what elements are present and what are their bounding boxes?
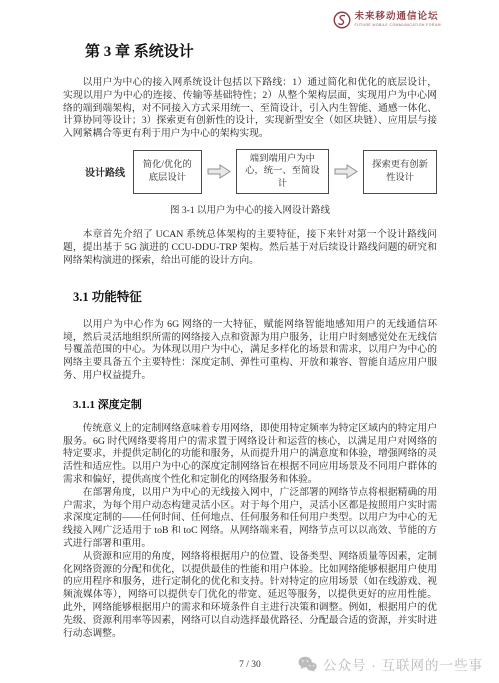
watermark-text: 公众号 · 互联网的一些事 bbox=[323, 654, 483, 674]
document-content: 第 3 章 系统设计 以用户为中心的接入网系统设计包括以下路线：1）通过简化和优… bbox=[0, 0, 499, 670]
right-arrow-icon bbox=[207, 164, 231, 179]
section-3-1-paragraph: 以用户为中心作为 6G 网络的一大特征，赋能网络智能地感知用户的无线通信环境，然… bbox=[63, 319, 437, 383]
chapter-title: 第 3 章 系统设计 bbox=[85, 40, 437, 61]
diagram-box-3: 探索更有创新性设计 bbox=[363, 150, 437, 194]
figure-caption: 图 3-1 以用户为中心的接入网设计路线 bbox=[63, 202, 437, 216]
intro-paragraph-2: 本章首先介绍了 UCAN 系统总体架构的主要特征，接下来针对第一个设计路线问题，… bbox=[63, 229, 437, 267]
watermark: 公众号 · 互联网的一些事 bbox=[298, 654, 483, 674]
section-3-1-1-paragraph-3: 从资源和应用的角度，网络将根据用户的位置、设备类型、网络质量等因素，定制化网络资… bbox=[63, 551, 437, 641]
right-arrow-icon bbox=[334, 164, 358, 179]
section-3-1-1-paragraph-2: 在部署角度，以用户为中心的无线接入网中，广泛部署的网络节点将根据精确的用户需求，… bbox=[63, 487, 437, 551]
design-route-diagram: 设计路线 简化/优化的底层设计 端到端用户为中心，统一、至简设计 探索更有创新性… bbox=[63, 149, 437, 195]
intro-paragraph-1: 以用户为中心的接入网系统设计包括以下路线：1）通过简化和优化的底层设计，实现以用… bbox=[63, 77, 437, 141]
section-3-1-1-paragraph-1: 传统意义上的定制网络意味着专用网络，即使用特定频率为特定区域内的特定用户服务。6… bbox=[63, 423, 437, 487]
diagram-box-2: 端到端用户为中心，统一、至简设计 bbox=[236, 149, 329, 195]
section-3-1-1-heading: 3.1.1 深度定制 bbox=[73, 396, 437, 412]
diagram-box-1: 简化/优化的底层设计 bbox=[133, 150, 202, 194]
forum-logo-text: 未来移动通信论坛 bbox=[355, 13, 441, 23]
wechat-icon bbox=[298, 656, 317, 672]
diagram-label: 设计路线 bbox=[85, 164, 125, 179]
forum-logo: 未来移动通信论坛 FUTURE MOBILE COMMUNICATION FOR… bbox=[333, 11, 441, 29]
forum-logo-subtext: FUTURE MOBILE COMMUNICATION FORUM bbox=[355, 24, 441, 28]
section-3-1-heading: 3.1 功能特征 bbox=[73, 287, 437, 305]
document-page: 未来移动通信论坛 FUTURE MOBILE COMMUNICATION FOR… bbox=[0, 0, 499, 683]
forum-logo-icon bbox=[333, 11, 351, 29]
